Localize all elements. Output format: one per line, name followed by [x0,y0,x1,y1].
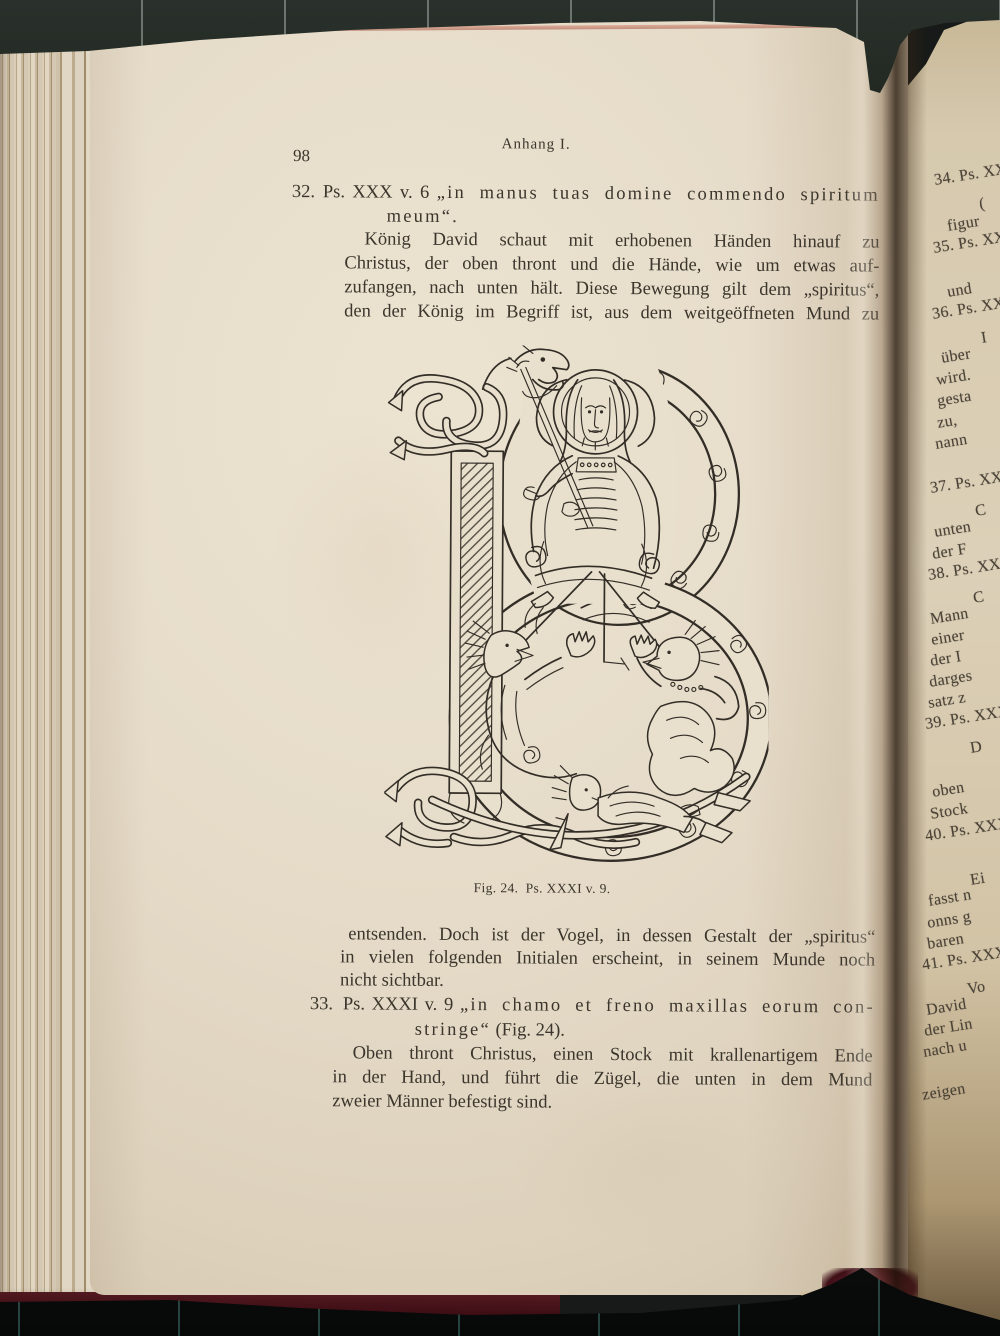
text-line: zweier Männer befestigt sind. [332,1090,872,1116]
right-page-fragment: der I [929,648,963,671]
psalm-quote-continuation: stringe“ (Fig. 24). [415,1019,565,1043]
entry-heading: Ps. XXX v. 6 „in manus tuas domine comme… [323,181,880,207]
text-line: zufangen, nach unten hält. Diese Bewegun… [344,276,879,302]
right-page-fragment: Stock [929,800,969,824]
text-line: Christus, der oben thront und die Hände,… [344,252,879,278]
right-page-fragment: und [946,280,973,302]
text-line: den der König im Begriff ist, aus dem we… [344,300,879,326]
entry-heading: Ps. XXXI v. 9 „in chamo et freno maxilla… [343,993,875,1019]
right-page-fragment: Vo [966,978,987,999]
text-line: in vielen folgenden Initialen erscheint,… [340,946,875,972]
right-page-fragment: onns g [926,908,972,933]
entry-number: 33. [310,993,333,1016]
right-page-fragment: ( [978,195,986,214]
text-line: entsenden. Doch ist der Vogel, in dessen… [340,923,875,949]
figure-caption: Fig. 24. Ps. XXXI v. 9. [474,880,611,897]
text-line: in der Hand, und führt die Zügel, die un… [332,1066,872,1092]
right-page-fragment: C [974,501,988,520]
psalm-quote-continuation: meum“. [387,206,459,229]
left-page: 98 Anhang I. 32. Ps. XXX v. 6 „in manus … [90,20,908,1295]
right-page-fragment: zu, [936,412,959,433]
entry-number: 32. [292,181,315,204]
right-page-fragment: 34. Ps. XX [933,161,1000,190]
running-header: Anhang I. [436,136,636,154]
psalm-ref: Ps. XXX v. 6 [323,182,437,203]
psalm-quote: „in manus tuas domine commendo spiritum [437,183,880,206]
right-page-fragment: I [980,329,988,348]
initial-b-illustration [384,345,771,863]
right-page-fragment: fasst n [927,886,973,911]
book-photo-stage: 34. Ps. XX(figur35. Ps. XXund36. Ps. XXI… [0,0,1000,1336]
right-page-fragment: D [969,738,984,758]
right-page-fragment: nach u [922,1037,968,1062]
initial-b-figure [384,345,771,863]
right-page-fragment: 37. Ps. XX [929,469,1000,498]
psalm-quote: „in chamo et freno maxillas eorum con- [460,995,875,1018]
psalm-quote-end: stringe“ [415,1020,491,1040]
page-number: 98 [293,146,310,166]
text-line: nicht sichtbar. [340,969,875,995]
text-line: König David schaut mit erhobenen Händen … [345,228,880,254]
left-page-content: 98 Anhang I. 32. Ps. XXX v. 6 „in manus … [83,19,909,1299]
right-page-fragment: über [940,345,972,367]
psalm-ref: Ps. XXXI v. 9 [343,994,460,1015]
right-page-fragment: nann [934,431,969,454]
right-page-fragment: zeigen [921,1080,967,1105]
right-page-fragment: wird. [935,367,972,390]
right-page-fragment: darges [928,667,974,692]
right-page-fragment: C [972,588,986,607]
text-line: Oben thront Christus, einen Stock mit kr… [333,1042,873,1068]
right-page-fragment: oben [931,779,966,802]
right-page-fragment: einer [930,627,966,650]
right-page-fragment: unten [933,518,972,542]
right-page-fragment: Ei [969,870,986,890]
right-page-fragment: gesta [936,388,973,411]
figure-reference: (Fig. 24). [491,1020,565,1040]
right-page-fragment: Mann [929,605,970,629]
